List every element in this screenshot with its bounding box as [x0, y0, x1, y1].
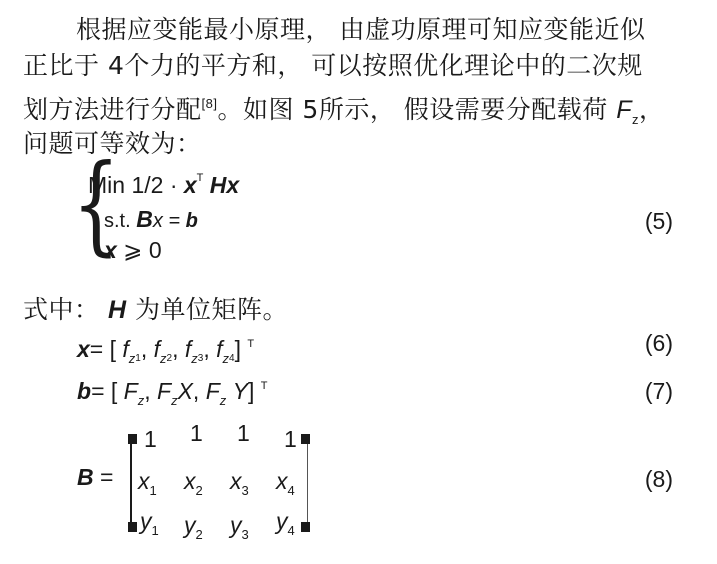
- equation-6: x= [ fz1, fz2, fz3, fz4] T: [77, 336, 254, 366]
- equation-8-lhs: B =: [77, 464, 113, 491]
- text: x =: [153, 210, 186, 232]
- var-x: x: [138, 468, 150, 494]
- matrix-right-bracket: [307, 436, 308, 528]
- var-y: y: [140, 508, 152, 534]
- text: ]: [248, 378, 254, 404]
- var-b: b: [186, 210, 198, 232]
- var-x: x: [230, 468, 242, 494]
- eq5-row-nonneg: x ⩾ 0: [104, 237, 162, 264]
- text: 。如图 5所示， 假设需要分配载荷: [217, 95, 616, 124]
- paragraph-line-2: 正比于 4个力的平方和， 可以按照优化理论中的二次规: [23, 48, 643, 84]
- transpose: T: [247, 338, 254, 350]
- text: ]: [235, 336, 241, 362]
- var-y: y: [230, 512, 242, 538]
- var-b: b: [77, 378, 91, 404]
- var-X: X: [178, 378, 193, 404]
- matrix-B: 1 1 1 1 x1 x2 x3 x4 y1 y2 y3 y4: [126, 428, 310, 532]
- equation-number-6: (6): [645, 330, 673, 357]
- paragraph-line-1: 根据应变能最小原理， 由虚功原理可知应变能近似: [23, 12, 645, 48]
- var-x: x: [184, 172, 197, 198]
- matrix-cell: 1: [284, 426, 297, 453]
- where-clause: 式中： H 为单位矩阵。: [23, 292, 288, 328]
- text: = [: [91, 378, 124, 404]
- text: ，: [639, 95, 665, 124]
- text: 为单位矩阵。: [127, 295, 288, 324]
- text: 式中：: [23, 295, 108, 324]
- var-B: B: [77, 464, 94, 490]
- index: 3: [242, 483, 249, 498]
- matrix-corner-br: [301, 522, 310, 532]
- var-Y: Y: [233, 378, 248, 404]
- transpose: T: [197, 172, 204, 184]
- var-y: y: [184, 512, 196, 538]
- equation-number-7: (7): [645, 378, 673, 405]
- text: ⩾ 0: [117, 237, 162, 263]
- var-Hx: Hx: [210, 172, 239, 198]
- var-F: F: [124, 378, 138, 404]
- var-F: F: [206, 378, 220, 404]
- sub-z: z: [632, 112, 639, 127]
- sub-z: z: [138, 393, 145, 408]
- index: 4: [288, 483, 295, 498]
- var-F: F: [157, 378, 171, 404]
- sub-z: z: [220, 393, 227, 408]
- index: 1: [150, 483, 157, 498]
- index: 2: [196, 483, 203, 498]
- equation-number-5: (5): [645, 208, 673, 235]
- matrix-corner-bl: [128, 522, 137, 532]
- text: = [: [90, 336, 123, 362]
- matrix-corner-tr: [301, 434, 310, 444]
- text: Min 1/2 ·: [88, 172, 184, 198]
- var-x: x: [276, 468, 288, 494]
- var-y: y: [276, 508, 288, 534]
- text: 根据应变能最小原理， 由虚功原理可知应变能近似: [76, 15, 645, 44]
- index: 2: [167, 353, 173, 364]
- index: 1: [135, 353, 141, 364]
- matrix-cell: 1: [144, 426, 157, 453]
- text: 划方法进行分配: [23, 95, 202, 124]
- matrix-corner-tl: [128, 434, 137, 444]
- matrix-left-bracket: [130, 436, 132, 528]
- index: 4: [288, 523, 295, 538]
- var-x: x: [77, 336, 90, 362]
- text: s.t.: [104, 210, 136, 232]
- var-F: F: [616, 96, 632, 124]
- index: 3: [242, 527, 249, 542]
- var-x: x: [184, 468, 196, 494]
- equation-7: b= [ Fz, FzX, Fz Y] T: [77, 378, 268, 408]
- eq5-row-constraint: s.t. Bx = b: [104, 206, 198, 233]
- matrix-cell: 1: [190, 420, 203, 447]
- index: 3: [198, 353, 204, 364]
- var-B: B: [136, 206, 153, 232]
- citation-ref[interactable]: [8]: [202, 96, 218, 111]
- eq5-row-objective: Min 1/2 · xT Hx: [88, 172, 239, 199]
- var-x: x: [104, 237, 117, 263]
- text: 正比于 4个力的平方和， 可以按照优化理论中的二次规: [23, 51, 643, 80]
- var-H: H: [108, 296, 127, 324]
- transpose: T: [261, 380, 268, 392]
- index: 2: [196, 527, 203, 542]
- index: 1: [152, 523, 159, 538]
- equation-number-8: (8): [645, 466, 673, 493]
- text: =: [94, 464, 114, 490]
- matrix-cell: 1: [237, 420, 250, 447]
